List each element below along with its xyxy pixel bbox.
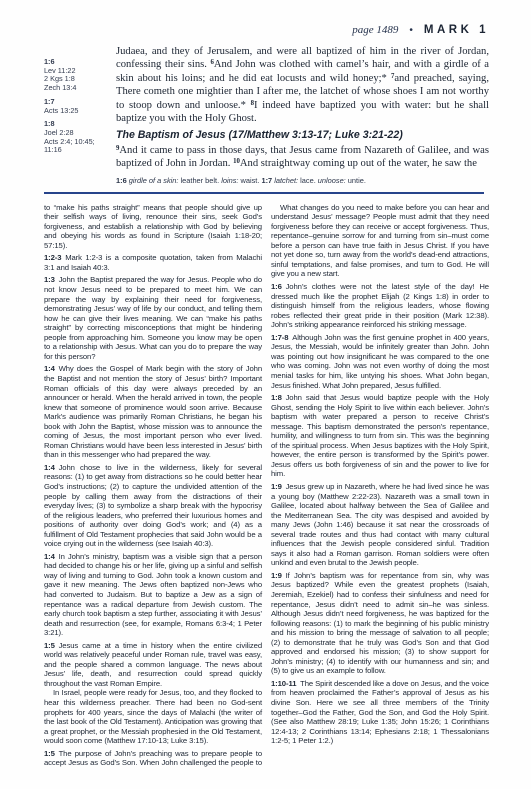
- note-ref: 1:10-11: [271, 679, 296, 688]
- note-paragraph: 1:3 John the Baptist prepared the way fo…: [44, 275, 262, 361]
- note-ref: 1:7-8: [271, 333, 288, 342]
- translation-footnotes: 1:6 girdle of a skin: leather belt. loin…: [116, 176, 489, 185]
- note-ref: 1:8: [271, 393, 282, 402]
- note-ref: 1:3: [44, 275, 55, 284]
- note-paragraph: 1:9 Jesus grew up in Nazareth, where he …: [271, 482, 489, 568]
- note-paragraph: to “make his paths straight” means that …: [44, 203, 262, 251]
- note-ref: 1:5: [44, 749, 55, 758]
- study-notes: to “make his paths straight” means that …: [44, 203, 489, 769]
- text-segment: The Baptism of Jesus: [116, 129, 226, 141]
- running-header: page 1489 • MARK 1: [44, 24, 489, 36]
- text-segment: girdle of a skin:: [129, 176, 179, 185]
- text-segment: waist.: [238, 176, 259, 185]
- text-segment: lace.: [298, 176, 318, 185]
- note-ref: 1:2-3: [44, 253, 61, 262]
- verse-paragraph-5b-8: Judaea, and they of Jerusalem, and were …: [116, 45, 489, 125]
- margin-ref-line: Zech 13:4: [44, 84, 116, 93]
- text-segment: And straightway coming up out of the wat…: [240, 158, 477, 169]
- note-paragraph: What changes do you need to make before …: [271, 203, 489, 279]
- note-paragraph: 1:2-3 Mark 1:2-3 is a composite quotatio…: [44, 253, 262, 272]
- margin-ref-line: 11:16: [44, 146, 116, 155]
- note-paragraph: 1:5 Jesus came at a time in history when…: [44, 641, 262, 689]
- text-segment: loins:: [221, 176, 238, 185]
- text-segment: leather belt.: [178, 176, 221, 185]
- note-ref: 1:5: [44, 641, 55, 650]
- note-ref: 1:4: [44, 364, 55, 373]
- note-paragraph: 1:10-11 The Spirit descended like a dove…: [271, 679, 489, 746]
- text-segment: untie.: [346, 176, 366, 185]
- note-paragraph: 1:8 John said that Jesus would baptize p…: [271, 393, 489, 479]
- bible-page: page 1489 • MARK 1 1:6Lev 11:222 Kgs 1:8…: [0, 0, 531, 789]
- verse-number: 9: [116, 145, 119, 152]
- note-paragraph: 1:9 If John’s baptism was for repentance…: [271, 571, 489, 676]
- text-segment: latchet:: [274, 176, 298, 185]
- note-paragraph: 1:7-8 Although John was the first genuin…: [271, 333, 489, 390]
- section-heading: The Baptism of Jesus (17/Matthew 3:13-17…: [116, 129, 489, 142]
- text-segment: 1:6: [116, 176, 129, 185]
- margin-ref-group: 1:8Joel 2:28Acts 2:4; 10:45;11:16: [44, 120, 116, 155]
- note-ref: 1:6: [271, 282, 282, 291]
- note-ref: 1:4: [44, 552, 55, 561]
- verse-number: 6: [210, 59, 213, 66]
- note-ref: 1:9: [271, 571, 282, 580]
- text-segment: /Matthew 3:13-17; Luke 3:21-22): [244, 129, 403, 141]
- verse-paragraph-9-10: 9And it came to pass in those days, that…: [116, 144, 489, 171]
- note-ref: 1:4: [44, 463, 55, 472]
- notes-column-right: What changes do you need to make before …: [271, 203, 489, 769]
- page-number: page 1489: [352, 24, 398, 36]
- text-segment: 1:7: [261, 176, 274, 185]
- notes-column-left: to “make his paths straight” means that …: [44, 203, 262, 769]
- note-ref: 1:9: [271, 482, 282, 491]
- note-paragraph: 1:4 In John’s ministry, baptism was a vi…: [44, 552, 262, 638]
- verse-number: 8: [251, 100, 254, 107]
- margin-ref-line: Acts 13:25: [44, 107, 116, 116]
- scripture-text: Judaea, and they of Jerusalem, and were …: [116, 45, 489, 185]
- header-bullet-icon: •: [409, 25, 413, 36]
- note-paragraph: 1:5 The purpose of John’s preaching was …: [44, 749, 262, 769]
- verse-number: 7: [391, 73, 394, 80]
- note-paragraph: In Israel, people were ready for Jesus, …: [44, 688, 262, 745]
- scripture-block: 1:6Lev 11:222 Kgs 1:8Zech 13:41:7Acts 13…: [44, 45, 489, 185]
- verse-number: 10: [233, 158, 240, 165]
- note-paragraph: 1:4 Why does the Gospel of Mark begin wi…: [44, 364, 262, 459]
- margin-refs: 1:6Lev 11:222 Kgs 1:8Zech 13:41:7Acts 13…: [44, 45, 116, 185]
- book-chapter-label: MARK 1: [424, 24, 489, 36]
- section-divider: [44, 192, 484, 194]
- note-paragraph: 1:4 John chose to live in the wilderness…: [44, 463, 262, 549]
- margin-ref-group: 1:7Acts 13:25: [44, 98, 116, 115]
- text-segment: unloose:: [318, 176, 346, 185]
- margin-ref-group: 1:6Lev 11:222 Kgs 1:8Zech 13:4: [44, 58, 116, 93]
- note-paragraph: 1:6 John’s clothes were not the latest s…: [271, 282, 489, 330]
- text-segment: 17: [232, 129, 244, 141]
